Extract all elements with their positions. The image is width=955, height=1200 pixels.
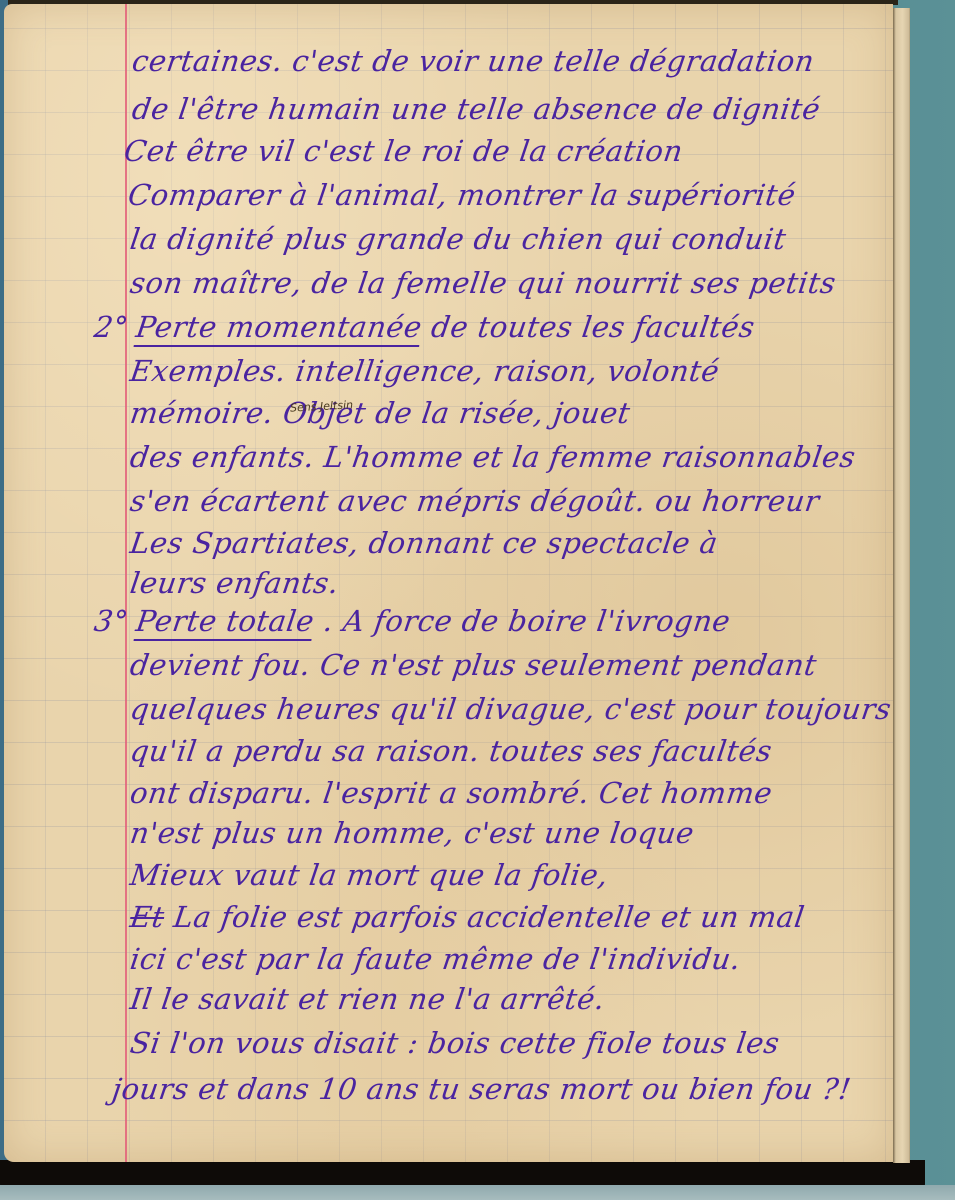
scanner-bed-strip <box>0 1185 955 1200</box>
text-line-11: s'en écartent avec mépris dégoût. ou hor… <box>128 484 822 518</box>
text-line-5: la dignité plus grande du chien qui cond… <box>128 222 788 256</box>
text-line-4: Comparer à l'animal, montrer la supérior… <box>126 178 798 212</box>
text-line-16: quelques heures qu'il divague, c'est pou… <box>128 692 894 726</box>
section-heading-rest: de toutes les facultés <box>429 310 757 344</box>
text-line-8: Exemples. intelligence, raison, volonté <box>128 354 722 388</box>
text-line-10: des enfants. L'homme et la femme raisonn… <box>128 440 858 474</box>
notebook-page: certaines. c'est de voir une telle dégra… <box>4 4 893 1162</box>
text-line-9: mémoire. Objet de la risée, jouet <box>128 396 632 430</box>
text-line-19: n'est plus un homme, c'est une loque <box>128 816 696 850</box>
section-heading: Perte momentanée <box>134 310 424 344</box>
notebook-spine <box>893 8 910 1163</box>
text-line-21: Et La folie est parfois accidentelle et … <box>128 900 807 934</box>
line-text: La folie est parfois accidentelle et un … <box>172 900 807 934</box>
text-line-18: ont disparu. l'esprit a sombré. Cet homm… <box>128 776 775 810</box>
text-line-15: devient fou. Ce n'est plus seulement pen… <box>128 648 819 682</box>
text-line-3: Cet être vil c'est le roi de la création <box>122 134 685 168</box>
text-line-6: son maître, de la femelle qui nourrit se… <box>128 266 838 300</box>
section-2-heading-line: 2°Perte momentanée de toutes les faculté… <box>92 310 757 344</box>
text-line-22: ici c'est par la faute même de l'individ… <box>128 942 743 976</box>
text-line-25: jours et dans 10 ans tu seras mort ou bi… <box>110 1072 853 1106</box>
section-3-heading-line: 3°Perte totale . A force de boire l'ivro… <box>92 604 733 638</box>
section-heading: Perte totale <box>134 604 317 638</box>
text-line-2: de l'être humain une telle absence de di… <box>130 92 823 126</box>
text-line-1: certaines. c'est de voir une telle dégra… <box>130 44 817 78</box>
section-number: 3° <box>92 604 131 638</box>
section-heading-rest: . A force de boire l'ivrogne <box>321 604 732 638</box>
text-line-13: leurs enfants. <box>128 566 341 600</box>
text-line-23: Il le savait et rien ne l'a arrêté. <box>128 982 607 1016</box>
handwritten-text: certaines. c'est de voir une telle dégra… <box>4 4 893 1162</box>
struck-word: Et <box>128 900 167 934</box>
text-line-12: Les Spartiates, donnant ce spectacle à <box>128 526 720 560</box>
text-line-17: qu'il a perdu sa raison. toutes ses facu… <box>128 734 774 768</box>
text-line-24: Si l'on vous disait : bois cette fiole t… <box>128 1026 782 1060</box>
section-number: 2° <box>92 310 131 344</box>
text-line-20: Mieux vaut la mort que la folie, <box>128 858 610 892</box>
